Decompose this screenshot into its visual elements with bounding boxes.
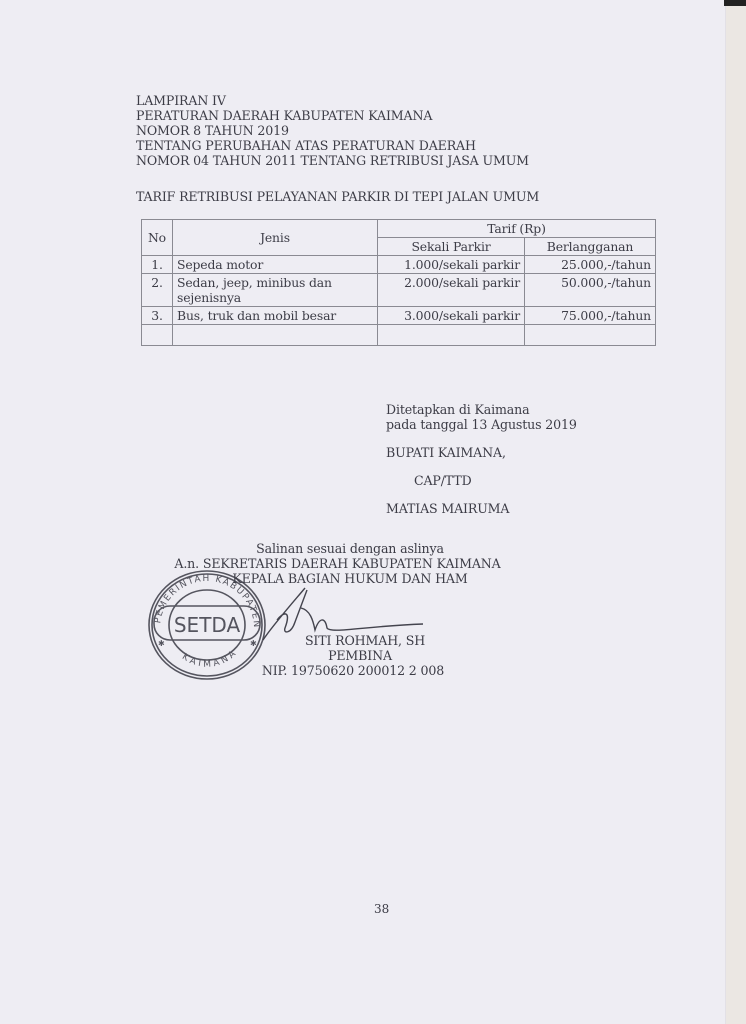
header-line: NOMOR 8 TAHUN 2019	[136, 123, 529, 138]
cell-langganan: 25.000,-/tahun	[525, 256, 656, 274]
table-row: 3. Bus, truk dan mobil besar 3.000/sekal…	[142, 307, 656, 325]
header-line: PERATURAN DAERAH KABUPATEN KAIMANA	[136, 108, 529, 123]
table-row-empty	[142, 325, 656, 346]
header-line: TENTANG PERUBAHAN ATAS PERATURAN DAERAH	[136, 138, 529, 153]
document-header: LAMPIRAN IV PERATURAN DAERAH KABUPATEN K…	[136, 93, 529, 168]
tariff-table: No Jenis Tarif (Rp) Sekali Parkir Berlan…	[141, 219, 656, 346]
cell-sekali: 3.000/sekali parkir	[378, 307, 525, 325]
cell-sekali: 1.000/sekali parkir	[378, 256, 525, 274]
cell-jenis: Sedan, jeep, minibus dan sejenisnya	[173, 274, 378, 307]
cell-no	[142, 325, 173, 346]
attestation-line1: Salinan sesuai dengan aslinya	[190, 541, 510, 556]
cell-jenis: Bus, truk dan mobil besar	[173, 307, 378, 325]
enactment-date: pada tanggal 13 Agustus 2019	[386, 417, 577, 432]
enactment-seal: CAP/TTD	[386, 473, 577, 488]
copy-attestation-block: Salinan sesuai dengan aslinya A.n. SEKRE…	[190, 541, 510, 678]
enactment-name: MATIAS MAIRUMA	[386, 501, 577, 516]
enactment-office: BUPATI KAIMANA,	[386, 445, 577, 460]
cell-langganan	[525, 325, 656, 346]
table-row: 2. Sedan, jeep, minibus dan sejenisnya 2…	[142, 274, 656, 307]
cell-sekali	[378, 325, 525, 346]
cell-jenis	[173, 325, 378, 346]
header-tarif: Tarif (Rp)	[378, 220, 656, 238]
enactment-block: Ditetapkan di Kaimana pada tanggal 13 Ag…	[386, 402, 577, 516]
table-row: 1. Sepeda motor 1.000/sekali parkir 25.0…	[142, 256, 656, 274]
attestation-line3: KEPALA BAGIAN HUKUM DAN HAM	[190, 571, 510, 586]
attestation-line2: A.n. SEKRETARIS DAERAH KABUPATEN KAIMANA	[165, 556, 510, 571]
header-no: No	[142, 220, 173, 256]
header-line: NOMOR 04 TAHUN 2011 TENTANG RETRIBUSI JA…	[136, 153, 529, 168]
attestation-name: SITI ROHMAH, SH	[220, 633, 510, 648]
table-title: TARIF RETRIBUSI PELAYANAN PARKIR DI TEPI…	[136, 189, 539, 204]
header-line: LAMPIRAN IV	[136, 93, 529, 108]
page-number: 38	[374, 902, 389, 916]
scan-corner	[724, 0, 746, 6]
header-berlangganan: Berlangganan	[525, 238, 656, 256]
cell-no: 2.	[142, 274, 173, 307]
cell-no: 3.	[142, 307, 173, 325]
header-sekali-parkir: Sekali Parkir	[378, 238, 525, 256]
enactment-place: Ditetapkan di Kaimana	[386, 402, 577, 417]
cell-sekali: 2.000/sekali parkir	[378, 274, 525, 307]
page-edge	[726, 0, 746, 1024]
cell-langganan: 75.000,-/tahun	[525, 307, 656, 325]
cell-langganan: 50.000,-/tahun	[525, 274, 656, 307]
attestation-nip: NIP. 19750620 200012 2 008	[196, 663, 510, 678]
header-jenis: Jenis	[173, 220, 378, 256]
svg-text:✱: ✱	[158, 639, 165, 648]
page-edge-line	[725, 0, 726, 1024]
attestation-rank: PEMBINA	[210, 648, 510, 663]
cell-jenis: Sepeda motor	[173, 256, 378, 274]
cell-no: 1.	[142, 256, 173, 274]
